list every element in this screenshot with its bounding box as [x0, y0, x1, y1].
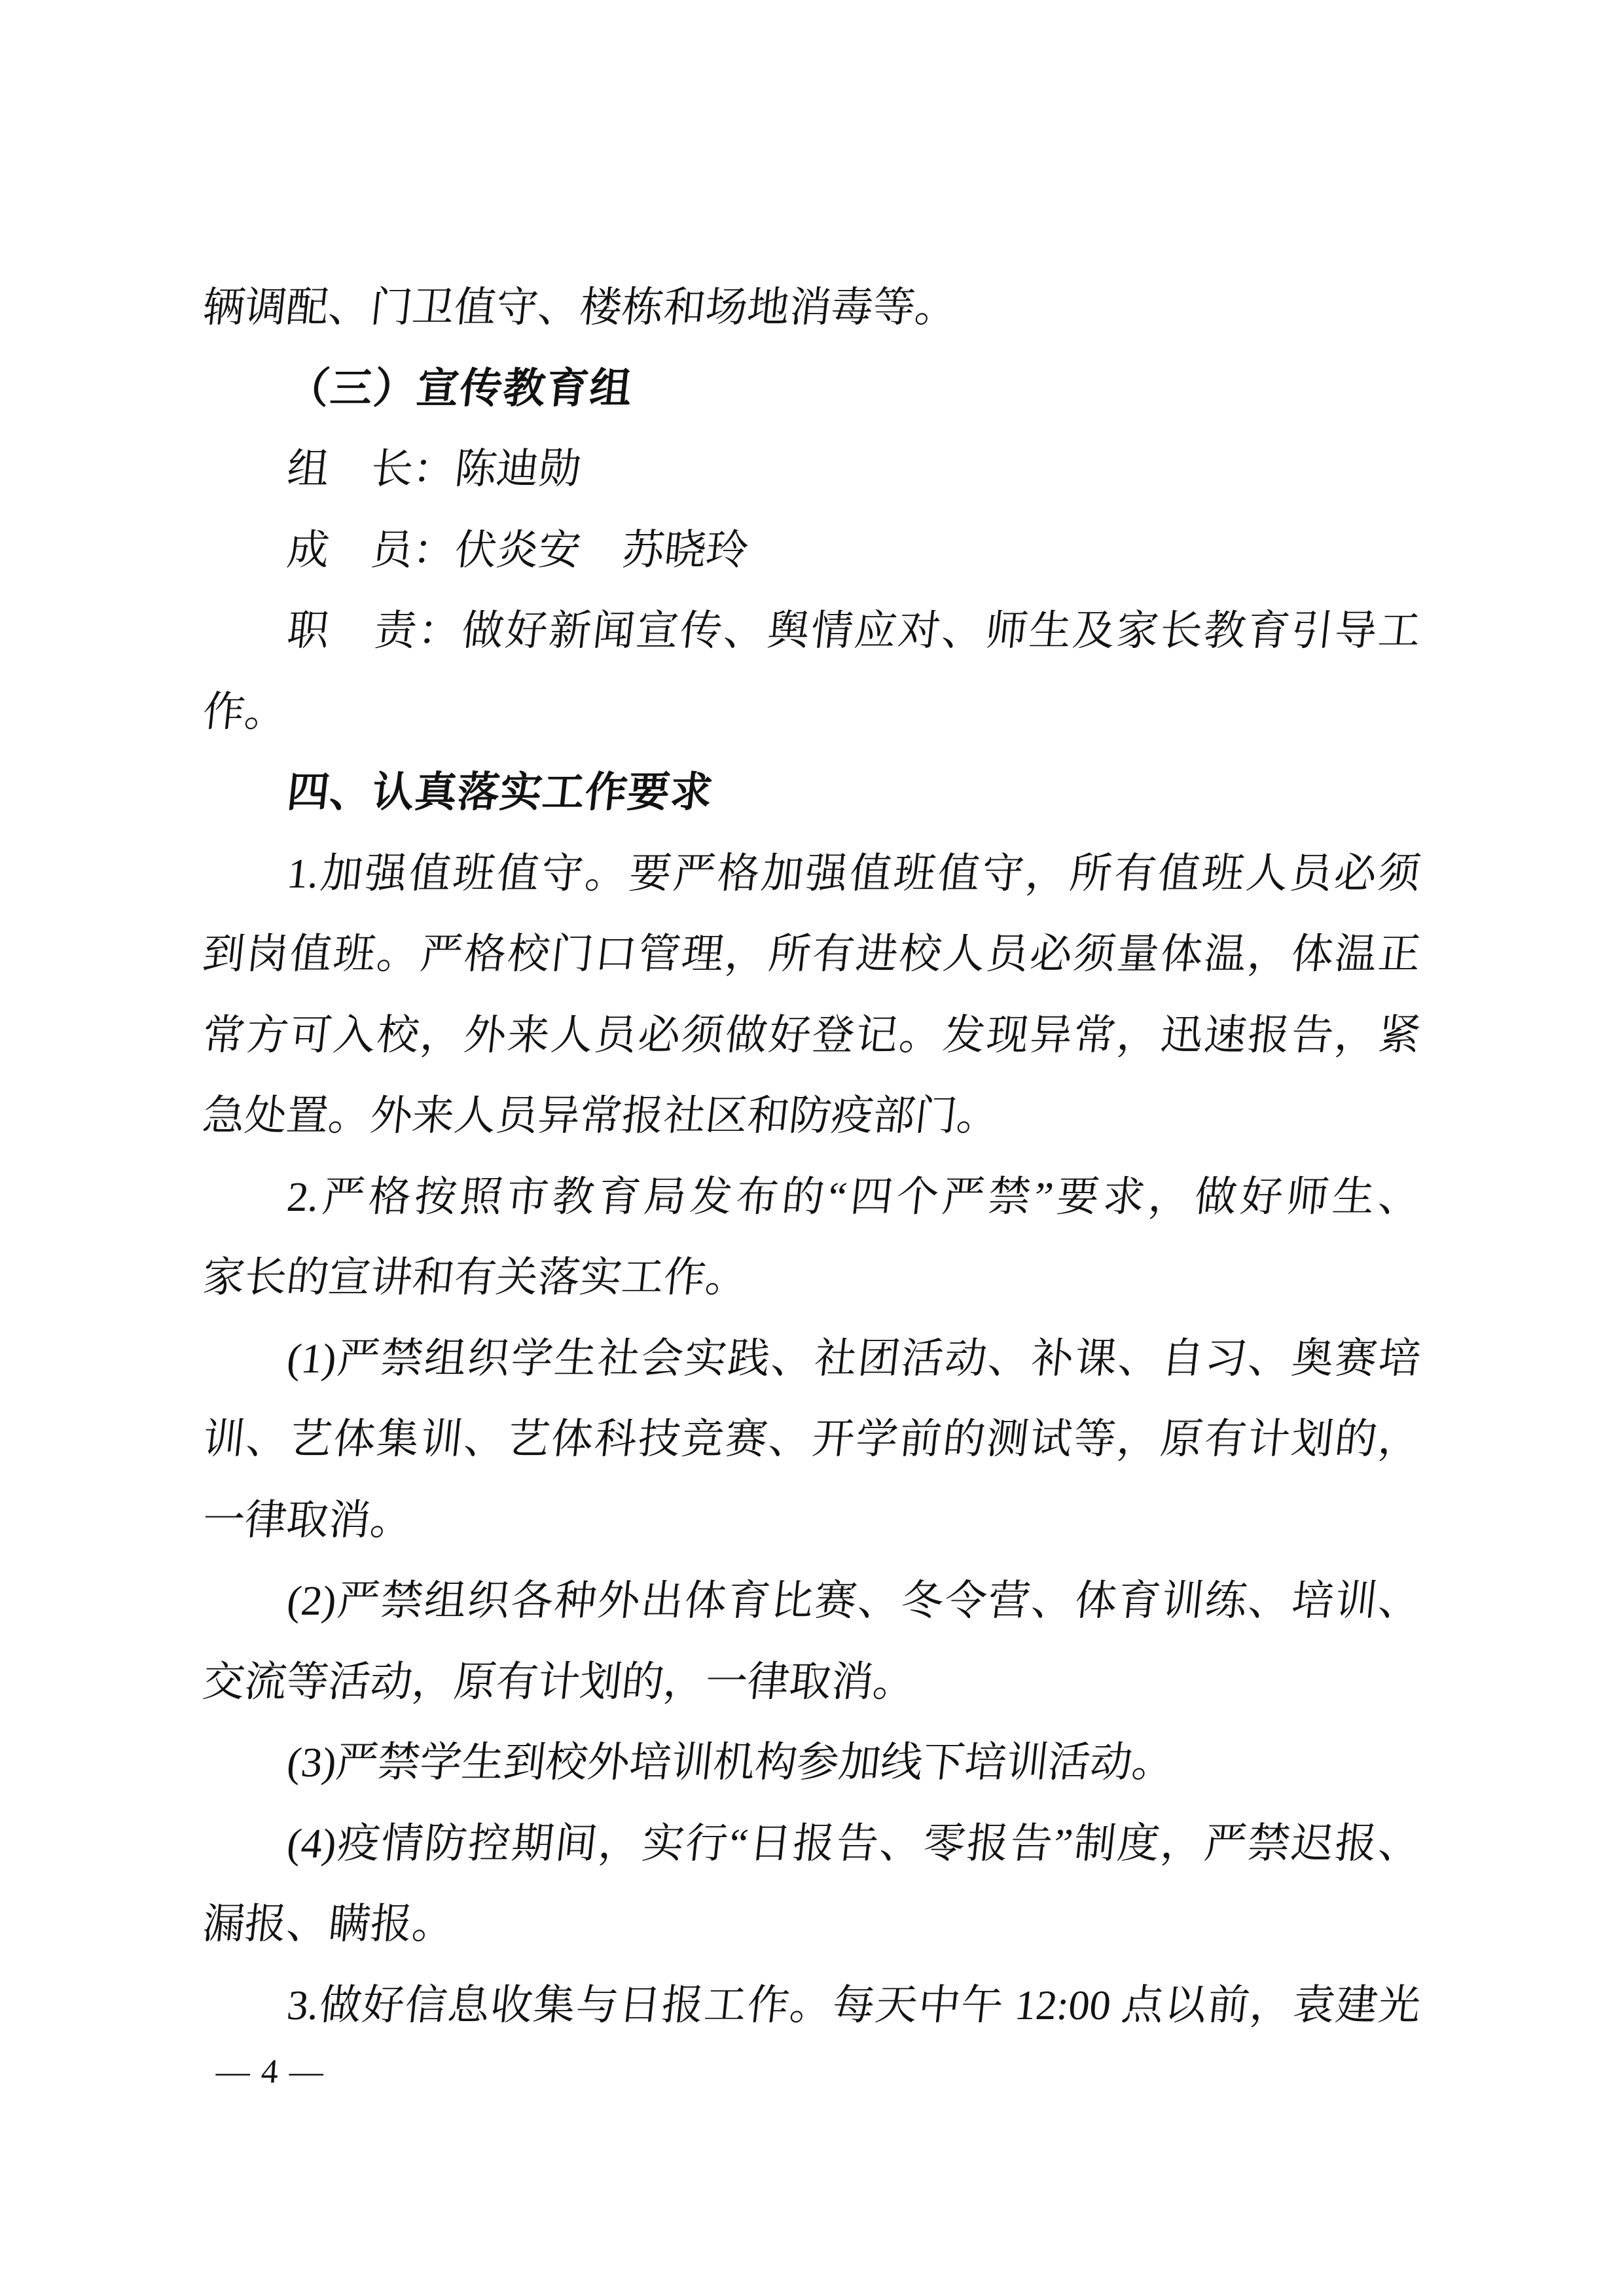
text-line: 作。: [199, 672, 1425, 753]
text-line: 成 员：伏炎安 苏晓玲: [199, 510, 1425, 591]
text-line: 漏报、瞒报。: [199, 1884, 1425, 1965]
document-page: 辆调配、门卫值守、楼栋和场地消毒等。（三）宣传教育组组 长：陈迪勋成 员：伏炎安…: [0, 0, 1624, 2296]
text-line: 组 长：陈迪勋: [199, 429, 1425, 510]
text-line: 职 责：做好新闻宣传、舆情应对、师生及家长教育引导工: [199, 590, 1425, 672]
text-line: 训、艺体集训、艺体科技竞赛、开学前的测试等，原有计划的，: [199, 1399, 1425, 1480]
text-line: 2.严格按照市教育局发布的“四个严禁”要求，做好师生、: [199, 1157, 1425, 1238]
text-line: (2)严禁组织各种外出体育比赛、冬令营、体育训练、培训、: [199, 1560, 1425, 1641]
text-line: 四、认真落实工作要求: [199, 752, 1425, 833]
text-line: 急处置。外来人员异常报社区和防疫部门。: [199, 1075, 1425, 1157]
text-line: 到岗值班。严格校门口管理，所有进校人员必须量体温，体温正: [199, 914, 1425, 995]
text-line: 常方可入校，外来人员必须做好登记。发现异常，迅速报告，紧: [199, 995, 1425, 1076]
document-body: 辆调配、门卫值守、楼栋和场地消毒等。（三）宣传教育组组 长：陈迪勋成 员：伏炎安…: [203, 267, 1420, 2045]
text-line: 交流等活动，原有计划的，一律取消。: [199, 1641, 1425, 1723]
text-line: 一律取消。: [199, 1480, 1425, 1561]
text-line: 3.做好信息收集与日报工作。每天中午 12:00 点以前，袁建光: [199, 1965, 1425, 2046]
text-line: (3)严禁学生到校外培训机构参加线下培训活动。: [199, 1722, 1425, 1803]
text-line: (4)疫情防控期间，实行“日报告、零报告”制度，严禁迟报、: [199, 1803, 1425, 1884]
text-line: 辆调配、门卫值守、楼栋和场地消毒等。: [199, 267, 1425, 348]
text-line: 1.加强值班值守。要严格加强值班值守，所有值班人员必须: [199, 833, 1425, 914]
text-line: (1)严禁组织学生社会实践、社团活动、补课、自习、奥赛培: [199, 1318, 1425, 1399]
text-line: 家长的宣讲和有关落实工作。: [199, 1237, 1425, 1318]
page-number: — 4 —: [215, 2053, 326, 2092]
text-line: （三）宣传教育组: [199, 348, 1425, 429]
